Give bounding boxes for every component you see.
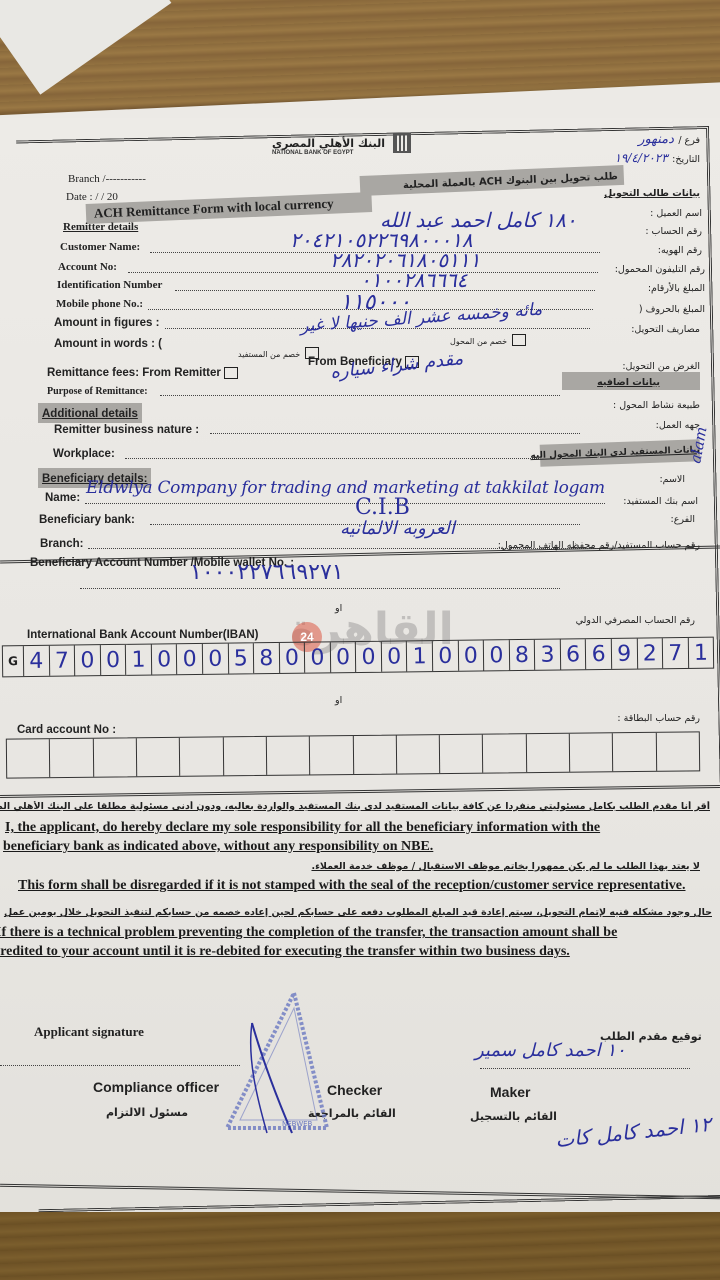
card-digit-cell[interactable]: [50, 739, 94, 777]
iban-digit-cell[interactable]: 2: [637, 638, 663, 668]
mobile-phone-value[interactable]: ٠١٠٠٢٨٦٦٦٤: [360, 268, 467, 292]
iban-digit-cell[interactable]: 0: [484, 640, 510, 670]
declaration-3-en-line1: If there is a technical problem preventi…: [0, 925, 617, 941]
applicant-signature-value[interactable]: ١٠ احمد كامل سمير: [475, 1040, 626, 1061]
additional-en-band: Additional details: [38, 403, 142, 423]
iban-digit-cell[interactable]: 6: [586, 639, 612, 669]
fees-remitter-checkbox-ar[interactable]: [512, 334, 526, 346]
iban-digit-cell[interactable]: 0: [279, 643, 305, 673]
beneficiary-bank-label-ar: اسم بنك المستفيد:: [588, 496, 698, 507]
card-digit-cell[interactable]: [93, 738, 137, 776]
customer-name-label: Customer Name:: [60, 241, 140, 253]
compliance-officer-label-en: Compliance officer: [93, 1079, 219, 1095]
card-digit-cell[interactable]: [527, 734, 571, 772]
iban-digit-cell[interactable]: 1: [407, 641, 433, 671]
iban-digit-cell[interactable]: 0: [331, 642, 357, 672]
workplace-label-ar: جهه العمل:: [620, 420, 700, 431]
beneficiary-bank-label-en: Beneficiary bank:: [39, 514, 135, 526]
nbe-logo-icon: [393, 133, 411, 153]
business-nature-label-en: Remitter business nature :: [54, 424, 199, 436]
beneficiary-name-line: [85, 503, 605, 504]
card-digit-cell[interactable]: [353, 736, 397, 774]
card-digit-cell[interactable]: [613, 733, 657, 771]
account-no-label-ar: رقم الحساب :: [612, 226, 702, 237]
account-number-line: [80, 588, 560, 589]
iban-digit-cell[interactable]: 0: [101, 645, 127, 675]
additional-section-ar: بيانات اضافيه: [597, 377, 700, 388]
maker-label-ar: القائم بالتسجيل: [470, 1110, 557, 1123]
branch-value[interactable]: العروبه الالمانيه: [340, 518, 455, 539]
mobile-phone-label-ar: رقم التليفون المحمول:: [590, 264, 705, 275]
declaration-2-ar: لا يعتد بهذا الطلب ما لم يكن ممهورا بخات…: [300, 861, 700, 872]
purpose-label-en: Purpose of Remittance:: [47, 386, 148, 397]
iban-digit-cell[interactable]: 1: [688, 638, 713, 668]
iban-digit-cell[interactable]: 0: [382, 641, 408, 671]
iban-digit-cell[interactable]: 0: [75, 645, 101, 675]
amount-figures-label-ar: المبلغ بالأرقام:: [620, 283, 705, 294]
applicant-signature-label-en: Applicant signature: [34, 1024, 144, 1040]
amount-words-label: Amount in words : (: [54, 338, 162, 350]
amount-words-label-ar: المبلغ بالحروف (: [620, 304, 705, 315]
applicant-signature-line-left: [0, 1065, 240, 1066]
identification-number-label: Identification Number: [57, 279, 162, 291]
iban-digit-cell[interactable]: 9: [612, 639, 638, 669]
iban-digit-cell[interactable]: 7: [49, 645, 75, 675]
declaration-1-en-line1: I, the applicant, do hereby declare my s…: [5, 820, 600, 836]
card-digit-cell[interactable]: [267, 736, 311, 774]
fees-beneficiary-option-ar[interactable]: خصم من المستفيد: [238, 344, 319, 362]
iban-digit-cell[interactable]: 3: [535, 640, 561, 670]
date-value: ١٩/٤/٢٠٢٣: [614, 151, 667, 165]
declaration-3-en-line2: credited to your account until it is re-…: [0, 944, 570, 960]
card-digit-cell[interactable]: [180, 737, 224, 775]
iban-digit-cell[interactable]: 5: [228, 643, 254, 673]
card-digit-cell[interactable]: [440, 735, 484, 773]
iban-digit-cell[interactable]: 1: [126, 645, 152, 675]
fees-label-en: Remittance fees: From Remitter: [47, 367, 238, 379]
card-digit-cell[interactable]: [310, 736, 354, 774]
business-nature-line: [210, 433, 580, 434]
account-number-label-ar: رقم حساب المستفيد/رقم محفظه الهاتف المحم…: [480, 540, 700, 551]
declaration-1-en-line2: beneficiary bank as indicated above, wit…: [3, 839, 433, 855]
purpose-line: [160, 395, 560, 396]
underlying-paper-sheet: [0, 0, 171, 95]
branch-label-en: Branch:: [40, 538, 83, 550]
remitter-section-ar: بيانات طالب التحويل: [570, 188, 700, 199]
table-surface: [0, 1212, 720, 1280]
maker-label-en: Maker: [490, 1084, 530, 1100]
iban-digit-cell[interactable]: 0: [152, 644, 178, 674]
business-nature-label-ar: طبيعة نشاط المحول :: [565, 400, 700, 411]
compliance-officer-label-ar: مسئول الالتزام: [106, 1106, 188, 1119]
additional-ar-band: بيانات اضافيه: [562, 372, 700, 390]
bank-name-en: NATIONAL BANK OF EGYPT: [272, 150, 353, 156]
iban-digit-cell[interactable]: 0: [356, 642, 382, 672]
iban-digit-cell[interactable]: 0: [305, 642, 331, 672]
iban-label-ar: رقم الحساب المصرفي الدولي: [530, 615, 695, 626]
card-account-grid[interactable]: [6, 731, 700, 778]
card-digit-cell[interactable]: [7, 739, 51, 777]
card-digit-cell[interactable]: [397, 735, 441, 773]
applicant-signature-line-right: [480, 1068, 690, 1069]
declaration-3-ar: حال وجود مشكله فنيه لإتمام التحويل، سيتم…: [0, 907, 712, 918]
iban-digit-cell[interactable]: 6: [561, 639, 587, 669]
fees-remitter-option-ar[interactable]: خصم من المحول: [450, 331, 526, 349]
iban-digit-cell[interactable]: 0: [433, 641, 459, 671]
fees-label-ar: مصاريف التحويل:: [610, 324, 700, 335]
card-digit-cell[interactable]: [483, 734, 527, 772]
additional-section-en: Additional details: [42, 408, 138, 420]
date-label-en: Date : / / 20: [66, 191, 118, 203]
date-ar-row: التاريخ: ١٩/٤/٢٠٢٣: [560, 149, 700, 167]
bank-name-ar: البنك الأهلي المصري: [272, 137, 385, 150]
stamp-text: NEBWEB: [282, 1120, 313, 1128]
beneficiary-bank-value[interactable]: C.I.B: [355, 495, 410, 520]
purpose-label-ar: الغرض من التحويل:: [590, 361, 700, 372]
or-separator-2: او: [335, 695, 342, 706]
card-digit-cell[interactable]: [223, 737, 267, 775]
branch-label-en: Branch /-----------: [68, 173, 146, 185]
card-account-label-ar: رقم حساب البطاقة :: [590, 713, 700, 724]
iban-label-en: International Bank Account Number(IBAN): [27, 629, 259, 641]
iban-digit-cell[interactable]: 7: [663, 638, 689, 668]
card-digit-cell[interactable]: [570, 733, 614, 771]
iban-digit-cell[interactable]: 0: [177, 644, 203, 674]
identification-number-label-ar: رقم الهويه:: [612, 245, 702, 256]
official-stamp-icon: NEBWEB: [222, 988, 332, 1138]
workplace-label-en: Workplace:: [53, 448, 115, 460]
card-digit-cell[interactable]: [656, 732, 699, 770]
mobile-phone-label: Mobile phone No.:: [56, 298, 143, 310]
card-account-label-en: Card account No :: [17, 724, 116, 736]
remitter-section-en: Remitter details: [63, 221, 138, 233]
branch-label-ar: الفرع:: [650, 514, 695, 525]
iban-prefix: G: [3, 646, 24, 676]
beneficiary-name-value[interactable]: Eldwlya Company for trading and marketin…: [86, 478, 605, 498]
fees-from-remitter-label: From Remitter: [142, 367, 221, 379]
amount-figures-label: Amount in figures :: [54, 317, 159, 329]
checker-label-en: Checker: [327, 1082, 382, 1098]
iban-digit-cell[interactable]: 8: [509, 640, 535, 670]
beneficiary-name-label-ar: الاسم:: [645, 474, 685, 485]
iban-digit-cell[interactable]: 0: [203, 644, 229, 674]
iban-digit-cell[interactable]: 0: [458, 640, 484, 670]
fees-from-remitter-checkbox[interactable]: [224, 367, 238, 379]
customer-name-label-ar: اسم العميل :: [612, 208, 702, 219]
branch-value: دمنهور: [638, 132, 674, 147]
account-number-value[interactable]: ١٠٠٠٢٢٧٦٦٩٢٧١: [190, 560, 344, 585]
iban-digit-cell[interactable]: 8: [254, 643, 280, 673]
beneficiary-name-label-en: Name:: [45, 492, 80, 504]
beneficiary-section-ar: بيانات المستفيد لدى البنك المحول اليه: [530, 445, 700, 461]
declaration-1-ar: أقر أنا مقدم الطلب بكامل مسئوليتي منفردا…: [0, 801, 710, 812]
card-digit-cell[interactable]: [137, 738, 181, 776]
branch-ar-row: فرع / دمنهور: [590, 130, 700, 148]
account-no-label: Account No:: [58, 261, 117, 273]
iban-digit-cell[interactable]: 4: [24, 646, 50, 676]
declaration-2-en: This form shall be disregarded if it is …: [18, 878, 686, 894]
workplace-line: [125, 458, 545, 459]
